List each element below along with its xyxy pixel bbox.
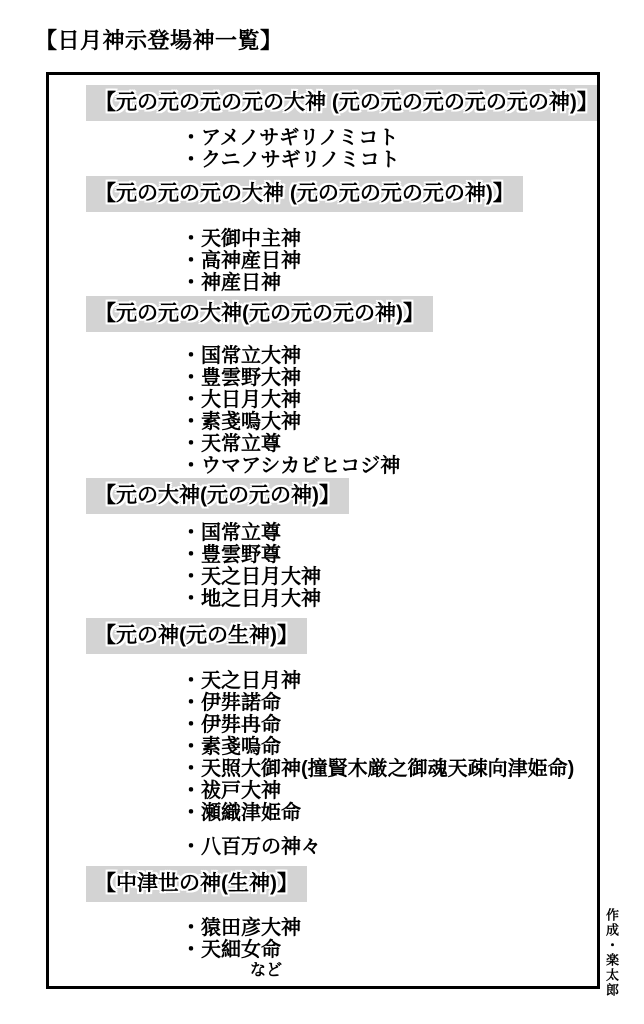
- deity-item: ・素戔嗚大神: [181, 411, 597, 433]
- deity-list-box: 【元の元の元の元の大神 (元の元の元の元の元の神)】・アメノサギリノミコト・クニ…: [46, 72, 600, 989]
- deity-group: ・国常立大神・豊雲野大神・大日月大神・素戔嗚大神・天常立尊・ウマアシカビヒコジ神: [49, 345, 597, 477]
- deity-section: 【元の元の元の大神 (元の元の元の元の神)】・天御中主神・高神産日神・神産日神: [49, 176, 597, 294]
- deity-item: ・天照大御神(撞賢木厳之御魂天疎向津姫命): [181, 758, 597, 780]
- deity-group: ・天之日月神・伊弉諾命・伊弉冉命・素戔嗚命・天照大御神(撞賢木厳之御魂天疎向津姫…: [49, 670, 597, 824]
- deity-item: ・神産日神: [181, 272, 597, 294]
- deity-item: ・豊雲野尊: [181, 544, 597, 566]
- section-header: 【元の神(元の生神)】: [86, 618, 307, 654]
- deity-item: ・天御中主神: [181, 228, 597, 250]
- deity-group: ・八百万の神々: [49, 836, 597, 858]
- deity-item: ・天之日月大神: [181, 566, 597, 588]
- deity-section: 【元の元の元の元の大神 (元の元の元の元の元の神)】・アメノサギリノミコト・クニ…: [49, 85, 597, 171]
- deity-group: ・国常立尊・豊雲野尊・天之日月大神・地之日月大神: [49, 522, 597, 610]
- page-title: 【日月神示登場神一覧】: [35, 24, 283, 55]
- deity-item: ・豊雲野大神: [181, 367, 597, 389]
- deity-item: ・天之日月神: [181, 670, 597, 692]
- section-header: 【元の元の大神(元の元の元の神)】: [86, 296, 433, 332]
- deity-group: ・猿田彦大神・天細女命: [49, 917, 597, 961]
- deity-item: ・国常立尊: [181, 522, 597, 544]
- section-header: 【元の大神(元の元の神)】: [86, 478, 349, 514]
- deity-section: 【元の大神(元の元の神)】・国常立尊・豊雲野尊・天之日月大神・地之日月大神: [49, 478, 597, 610]
- deity-item: ・ウマアシカビヒコジ神: [181, 455, 597, 477]
- deity-item: ・伊弉諾命: [181, 692, 597, 714]
- deity-item: ・天細女命: [181, 939, 597, 961]
- deity-item: ・高神産日神: [181, 250, 597, 272]
- deity-item: ・国常立大神: [181, 345, 597, 367]
- deity-item: ・素戔嗚命: [181, 736, 597, 758]
- deity-item: ・地之日月大神: [181, 588, 597, 610]
- deity-section: 【中津世の神(生神)】・猿田彦大神・天細女命など: [49, 866, 597, 980]
- credit-vertical-text: 作成・楽太郎: [602, 908, 621, 998]
- deity-item: ・瀬織津姫命: [181, 802, 597, 824]
- deity-section: 【元の元の大神(元の元の元の神)】・国常立大神・豊雲野大神・大日月大神・素戔嗚大…: [49, 296, 597, 477]
- document-page: 【日月神示登場神一覧】 【元の元の元の元の大神 (元の元の元の元の元の神)】・ア…: [0, 0, 644, 1024]
- deity-group: ・天御中主神・高神産日神・神産日神: [49, 228, 597, 294]
- deity-item: ・伊弉冉命: [181, 714, 597, 736]
- deity-item: ・クニノサギリノミコト: [181, 149, 597, 171]
- deity-item: ・猿田彦大神: [181, 917, 597, 939]
- deity-item: ・大日月大神: [181, 389, 597, 411]
- deity-item: ・八百万の神々: [181, 836, 597, 858]
- deity-section: 【元の神(元の生神)】・天之日月神・伊弉諾命・伊弉冉命・素戔嗚命・天照大御神(撞…: [49, 618, 597, 858]
- section-header: 【元の元の元の元の大神 (元の元の元の元の元の神)】: [86, 85, 600, 121]
- deity-sections: 【元の元の元の元の大神 (元の元の元の元の元の神)】・アメノサギリノミコト・クニ…: [49, 85, 597, 980]
- deity-group: ・アメノサギリノミコト・クニノサギリノミコト: [49, 127, 597, 171]
- section-header: 【中津世の神(生神)】: [86, 866, 307, 902]
- section-header: 【元の元の元の大神 (元の元の元の元の神)】: [86, 176, 523, 212]
- deity-item: ・天常立尊: [181, 433, 597, 455]
- etc-label: など: [49, 962, 597, 980]
- deity-item: ・アメノサギリノミコト: [181, 127, 597, 149]
- deity-item: ・祓戸大神: [181, 780, 597, 802]
